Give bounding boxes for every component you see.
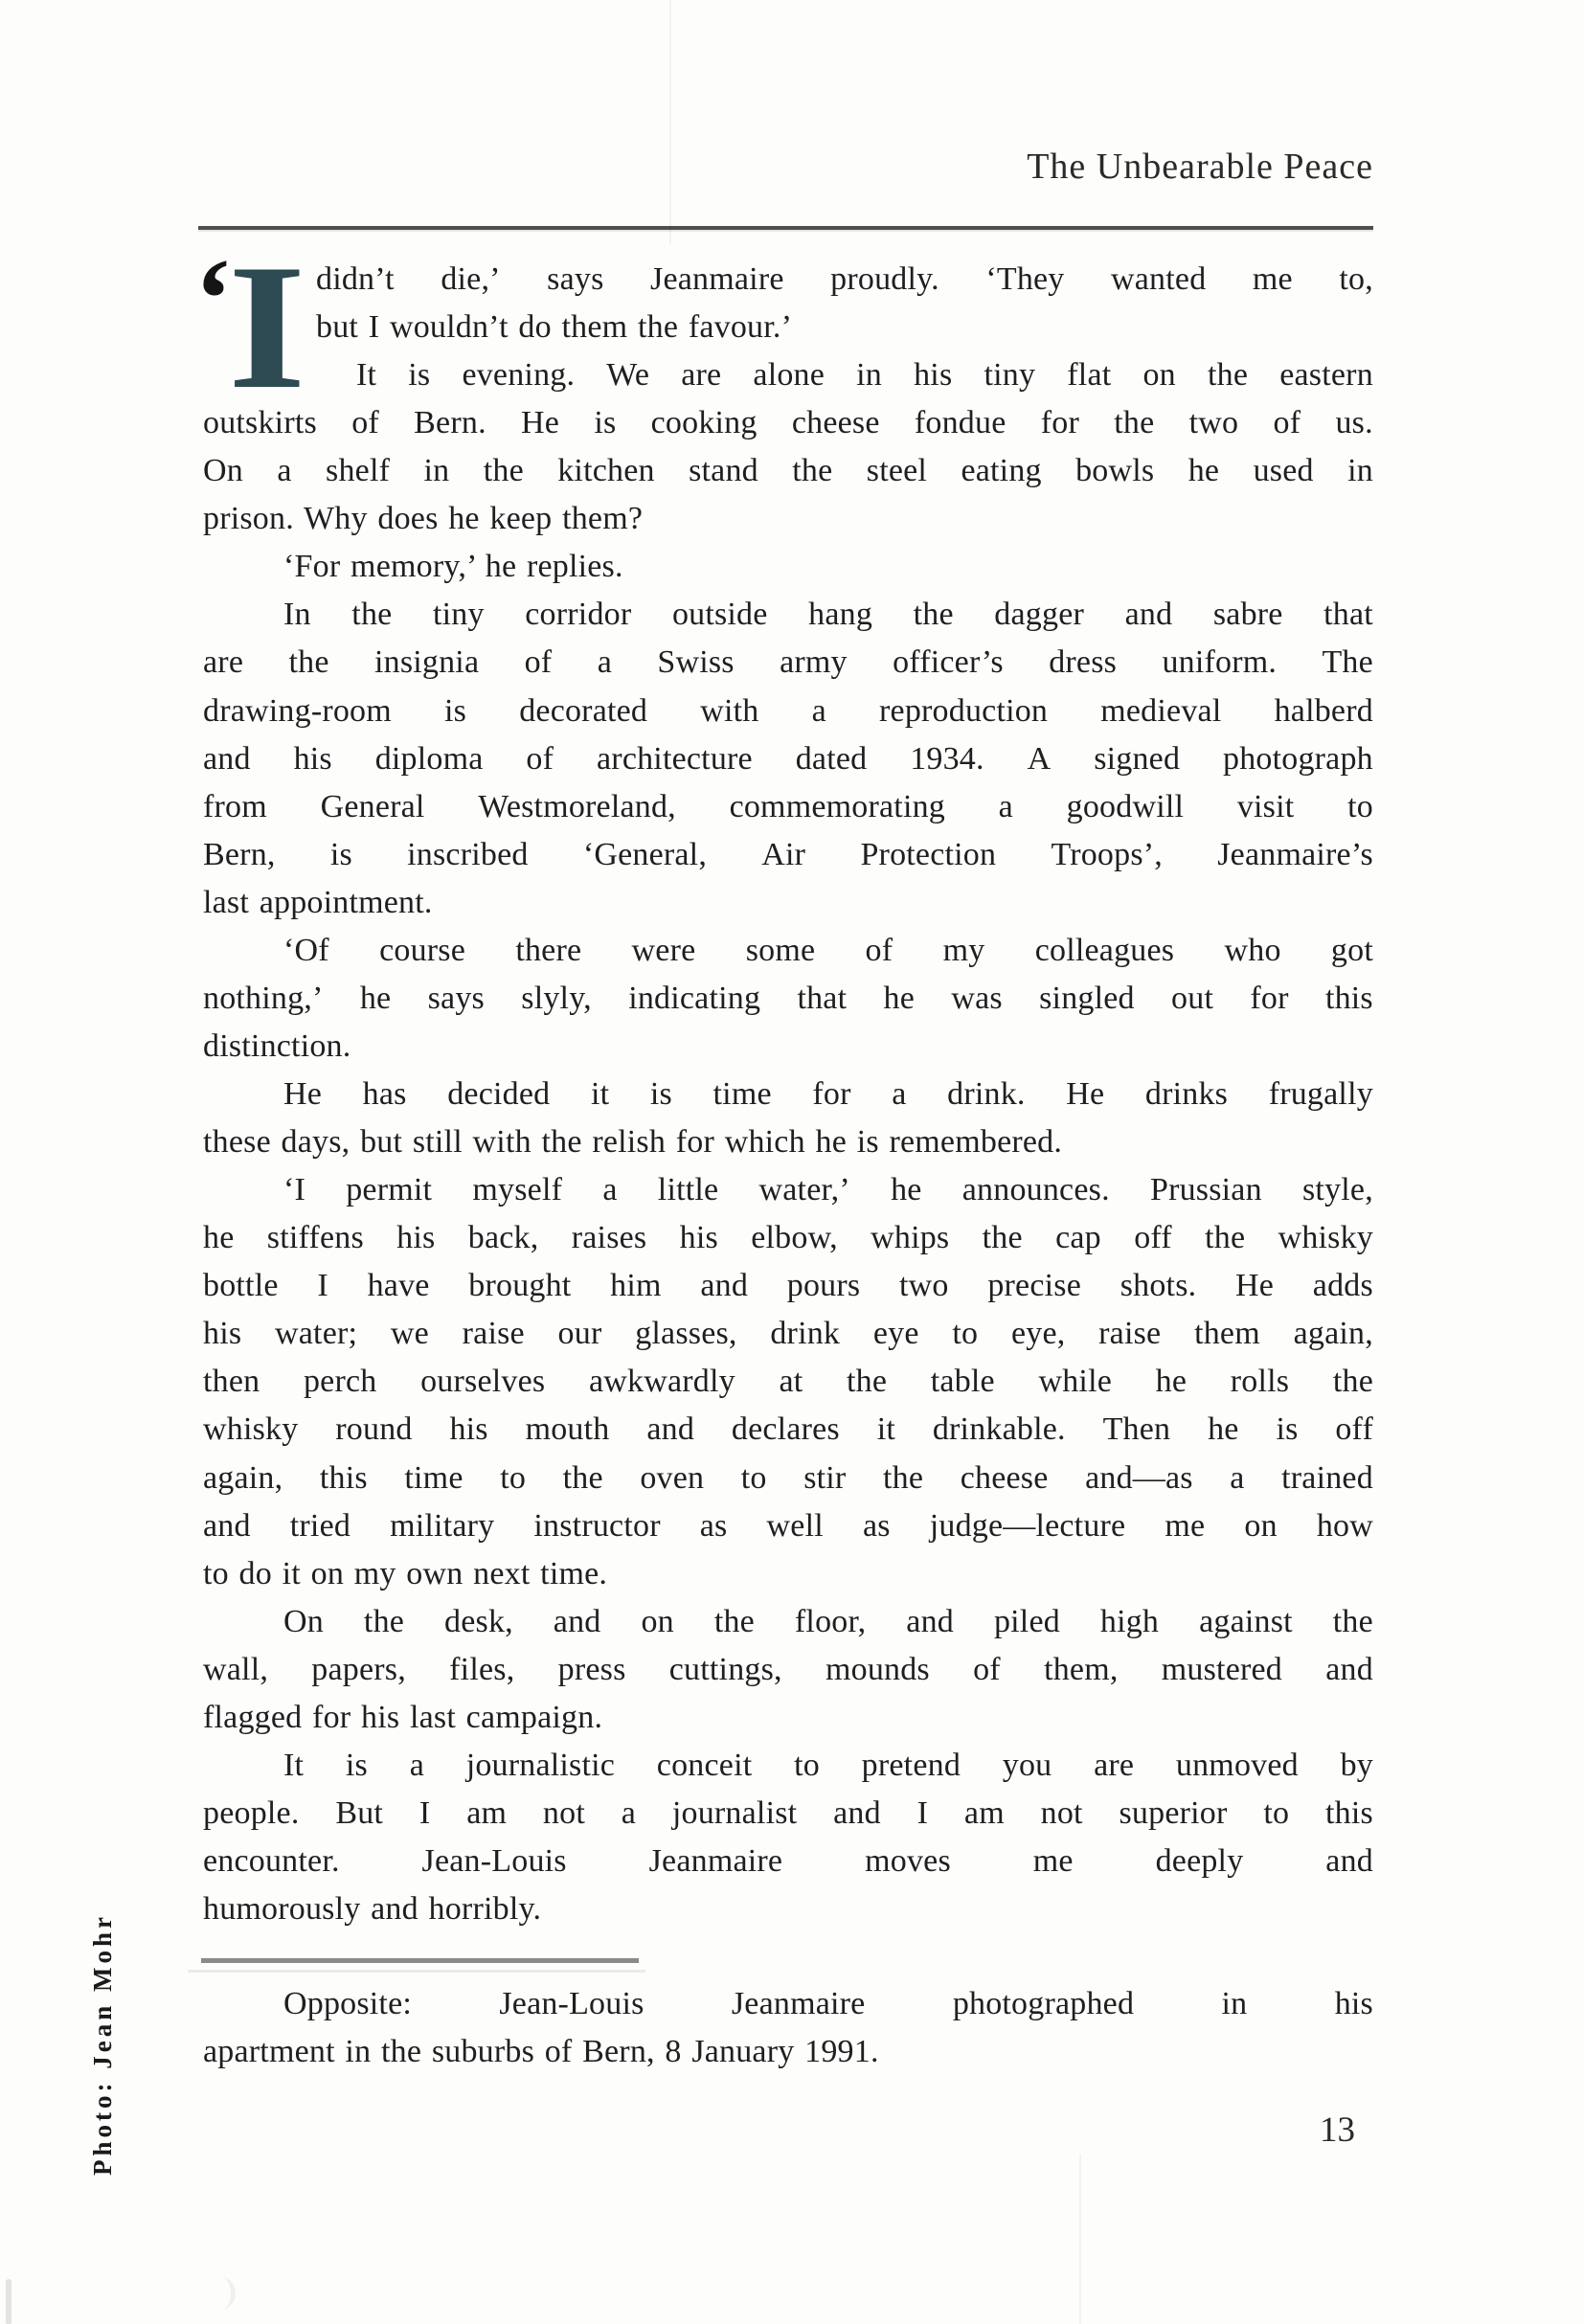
text-line: fromGeneralWestmoreland,commemoratingago… — [203, 783, 1373, 831]
text-line: Opposite:Jean-LouisJeanmairephotographed… — [283, 1980, 1373, 2028]
page-header-title: The Unbearable Peace — [783, 146, 1373, 190]
text-line: ‘Ofcoursethereweresomeofmycolleagueswhog… — [283, 927, 1373, 975]
section-divider-shadow — [188, 1970, 645, 1973]
text-line: again,thistimetotheoventostirthecheesean… — [203, 1455, 1373, 1502]
text-line: didn’tdie,’saysJeanmaireproudly.‘Theywan… — [316, 256, 1373, 304]
header-rule — [198, 226, 1373, 230]
text-line: Onthedesk,andonthefloor,andpiledhighagai… — [283, 1598, 1373, 1646]
text-line: Hehasdecideditistimeforadrink.Hedrinksfr… — [283, 1071, 1373, 1118]
scan-fold-artifact — [669, 0, 671, 244]
text-line: wall,papers,files,presscuttings,moundsof… — [203, 1646, 1373, 1694]
section-divider-rule — [201, 1958, 639, 1963]
scan-edge-artifact — [6, 2279, 11, 2324]
text-line: drawing-roomisdecoratedwithareproduction… — [203, 688, 1373, 735]
scan-smudge-artifact — [206, 2277, 236, 2310]
text-line: Itisajournalisticconceittopretendyouareu… — [283, 1742, 1373, 1790]
text-line: Onashelfinthekitchenstandthesteeleatingb… — [203, 447, 1373, 495]
book-page: The Unbearable Peace ‘ I didn’tdie,’says… — [0, 0, 1583, 2324]
text-line: last appointment. — [203, 879, 1373, 927]
photo-credit-vertical: Photo: Jean Mohr — [88, 1891, 126, 2198]
text-line: but I wouldn’t do them the favour.’ — [316, 304, 1373, 351]
text-line: thenperchourselvesawkwardlyatthetablewhi… — [203, 1358, 1373, 1406]
text-line: humorously and horribly. — [203, 1885, 1373, 1933]
text-line: distinction. — [203, 1023, 1373, 1071]
text-line: hestiffenshisback,raiseshiselbow,whipsth… — [203, 1214, 1373, 1262]
text-line: andhisdiplomaofarchitecturedated1934.Asi… — [203, 735, 1373, 783]
text-line: whiskyroundhismouthanddeclaresitdrinkabl… — [203, 1406, 1373, 1454]
scan-fold-artifact — [1079, 2155, 1081, 2324]
text-line: outskirtsofBern.Heiscookingcheesefonduef… — [203, 399, 1373, 447]
text-line: flagged for his last campaign. — [203, 1694, 1373, 1742]
text-line: people.ButIamnotajournalistandIamnotsupe… — [203, 1790, 1373, 1838]
text-line: these days, but still with the relish fo… — [203, 1118, 1373, 1166]
text-line: Bern,isinscribed‘General,AirProtectionTr… — [203, 831, 1373, 879]
text-line: apartment in the suburbs of Bern, 8 Janu… — [203, 2028, 1373, 2076]
opening-quote-mark: ‘ — [194, 241, 233, 356]
text-line: bottleIhavebroughthimandpourstwoprecises… — [203, 1262, 1373, 1310]
text-line: ‘For memory,’ he replies. — [283, 543, 1373, 591]
drop-cap: I — [228, 237, 306, 417]
page-number: 13 — [1320, 2111, 1355, 2151]
text-line: nothing,’hesaysslyly,indicatingthathewas… — [203, 975, 1373, 1023]
text-line: prison. Why does he keep them? — [203, 495, 1373, 543]
text-line: Inthetinycorridoroutsidehangthedaggerand… — [283, 591, 1373, 639]
text-line: Itisevening.Wearealoneinhistinyflatonthe… — [356, 351, 1373, 399]
text-line: to do it on my own next time. — [203, 1550, 1373, 1598]
text-line: hiswater;weraiseourglasses,drinkeyetoeye… — [203, 1310, 1373, 1358]
text-line: aretheinsigniaofaSwissarmyofficer’sdress… — [203, 639, 1373, 687]
text-line: ‘Ipermitmyselfalittlewater,’heannounces.… — [283, 1166, 1373, 1214]
text-line: encounter.Jean-LouisJeanmairemovesmedeep… — [203, 1838, 1373, 1885]
text-line: andtriedmilitaryinstructoraswellasjudge—… — [203, 1502, 1373, 1550]
